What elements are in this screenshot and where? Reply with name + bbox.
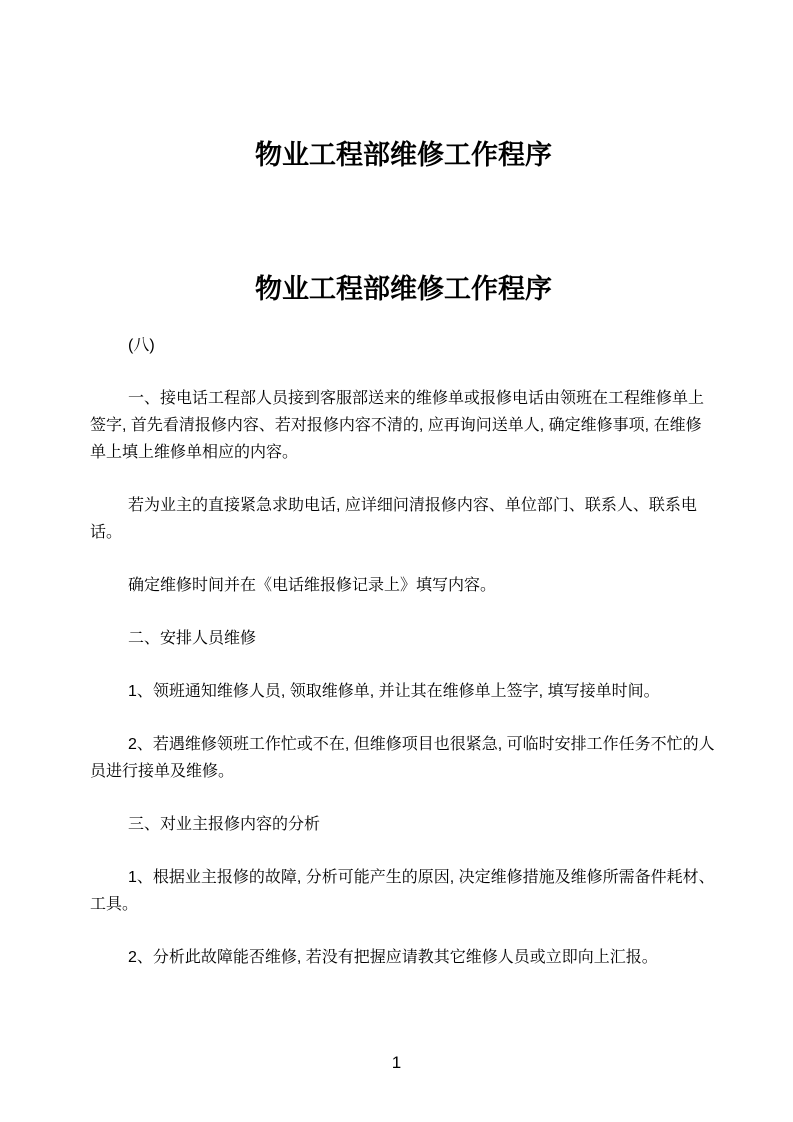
paragraph-3-2: 2、分析此故障能否维修, 若没有把握应请教其它维修人员或立即向上汇报。 [90, 944, 717, 971]
document-page: 物业工程部维修工作程序 物业工程部维修工作程序 (八) 一、接电话工程部人员接到… [0, 0, 793, 1122]
page-title-main: 物业工程部维修工作程序 [90, 271, 717, 307]
section-heading-2: 二、安排人员维修 [90, 625, 717, 652]
paragraph-3-1: 1、根据业主报修的故障, 分析可能产生的原因, 决定维修措施及维修所需备件耗材、… [90, 864, 717, 918]
paragraph-2-2: 2、若遇维修领班工作忙或不在, 但维修项目也很紧急, 可临时安排工作任务不忙的人… [90, 731, 717, 785]
paragraph-2-1: 1、领班通知维修人员, 领取维修单, 并让其在维修单上签字, 填写接单时间。 [90, 678, 717, 705]
page-number: 1 [0, 1049, 793, 1076]
paragraph-emergency-call: 若为业主的直接紧急求助电话, 应详细问清报修内容、单位部门、联系人、联系电话。 [90, 492, 717, 546]
section-heading-3: 三、对业主报修内容的分析 [90, 811, 717, 838]
paragraph-step-1: 一、接电话工程部人员接到客服部送来的维修单或报修电话由领班在工程维修单上签字, … [90, 385, 717, 466]
paragraph-record-time: 确定维修时间并在《电话维报修记录上》填写内容。 [90, 572, 717, 599]
section-label: (八) [90, 332, 717, 359]
page-title-top: 物业工程部维修工作程序 [90, 137, 717, 173]
